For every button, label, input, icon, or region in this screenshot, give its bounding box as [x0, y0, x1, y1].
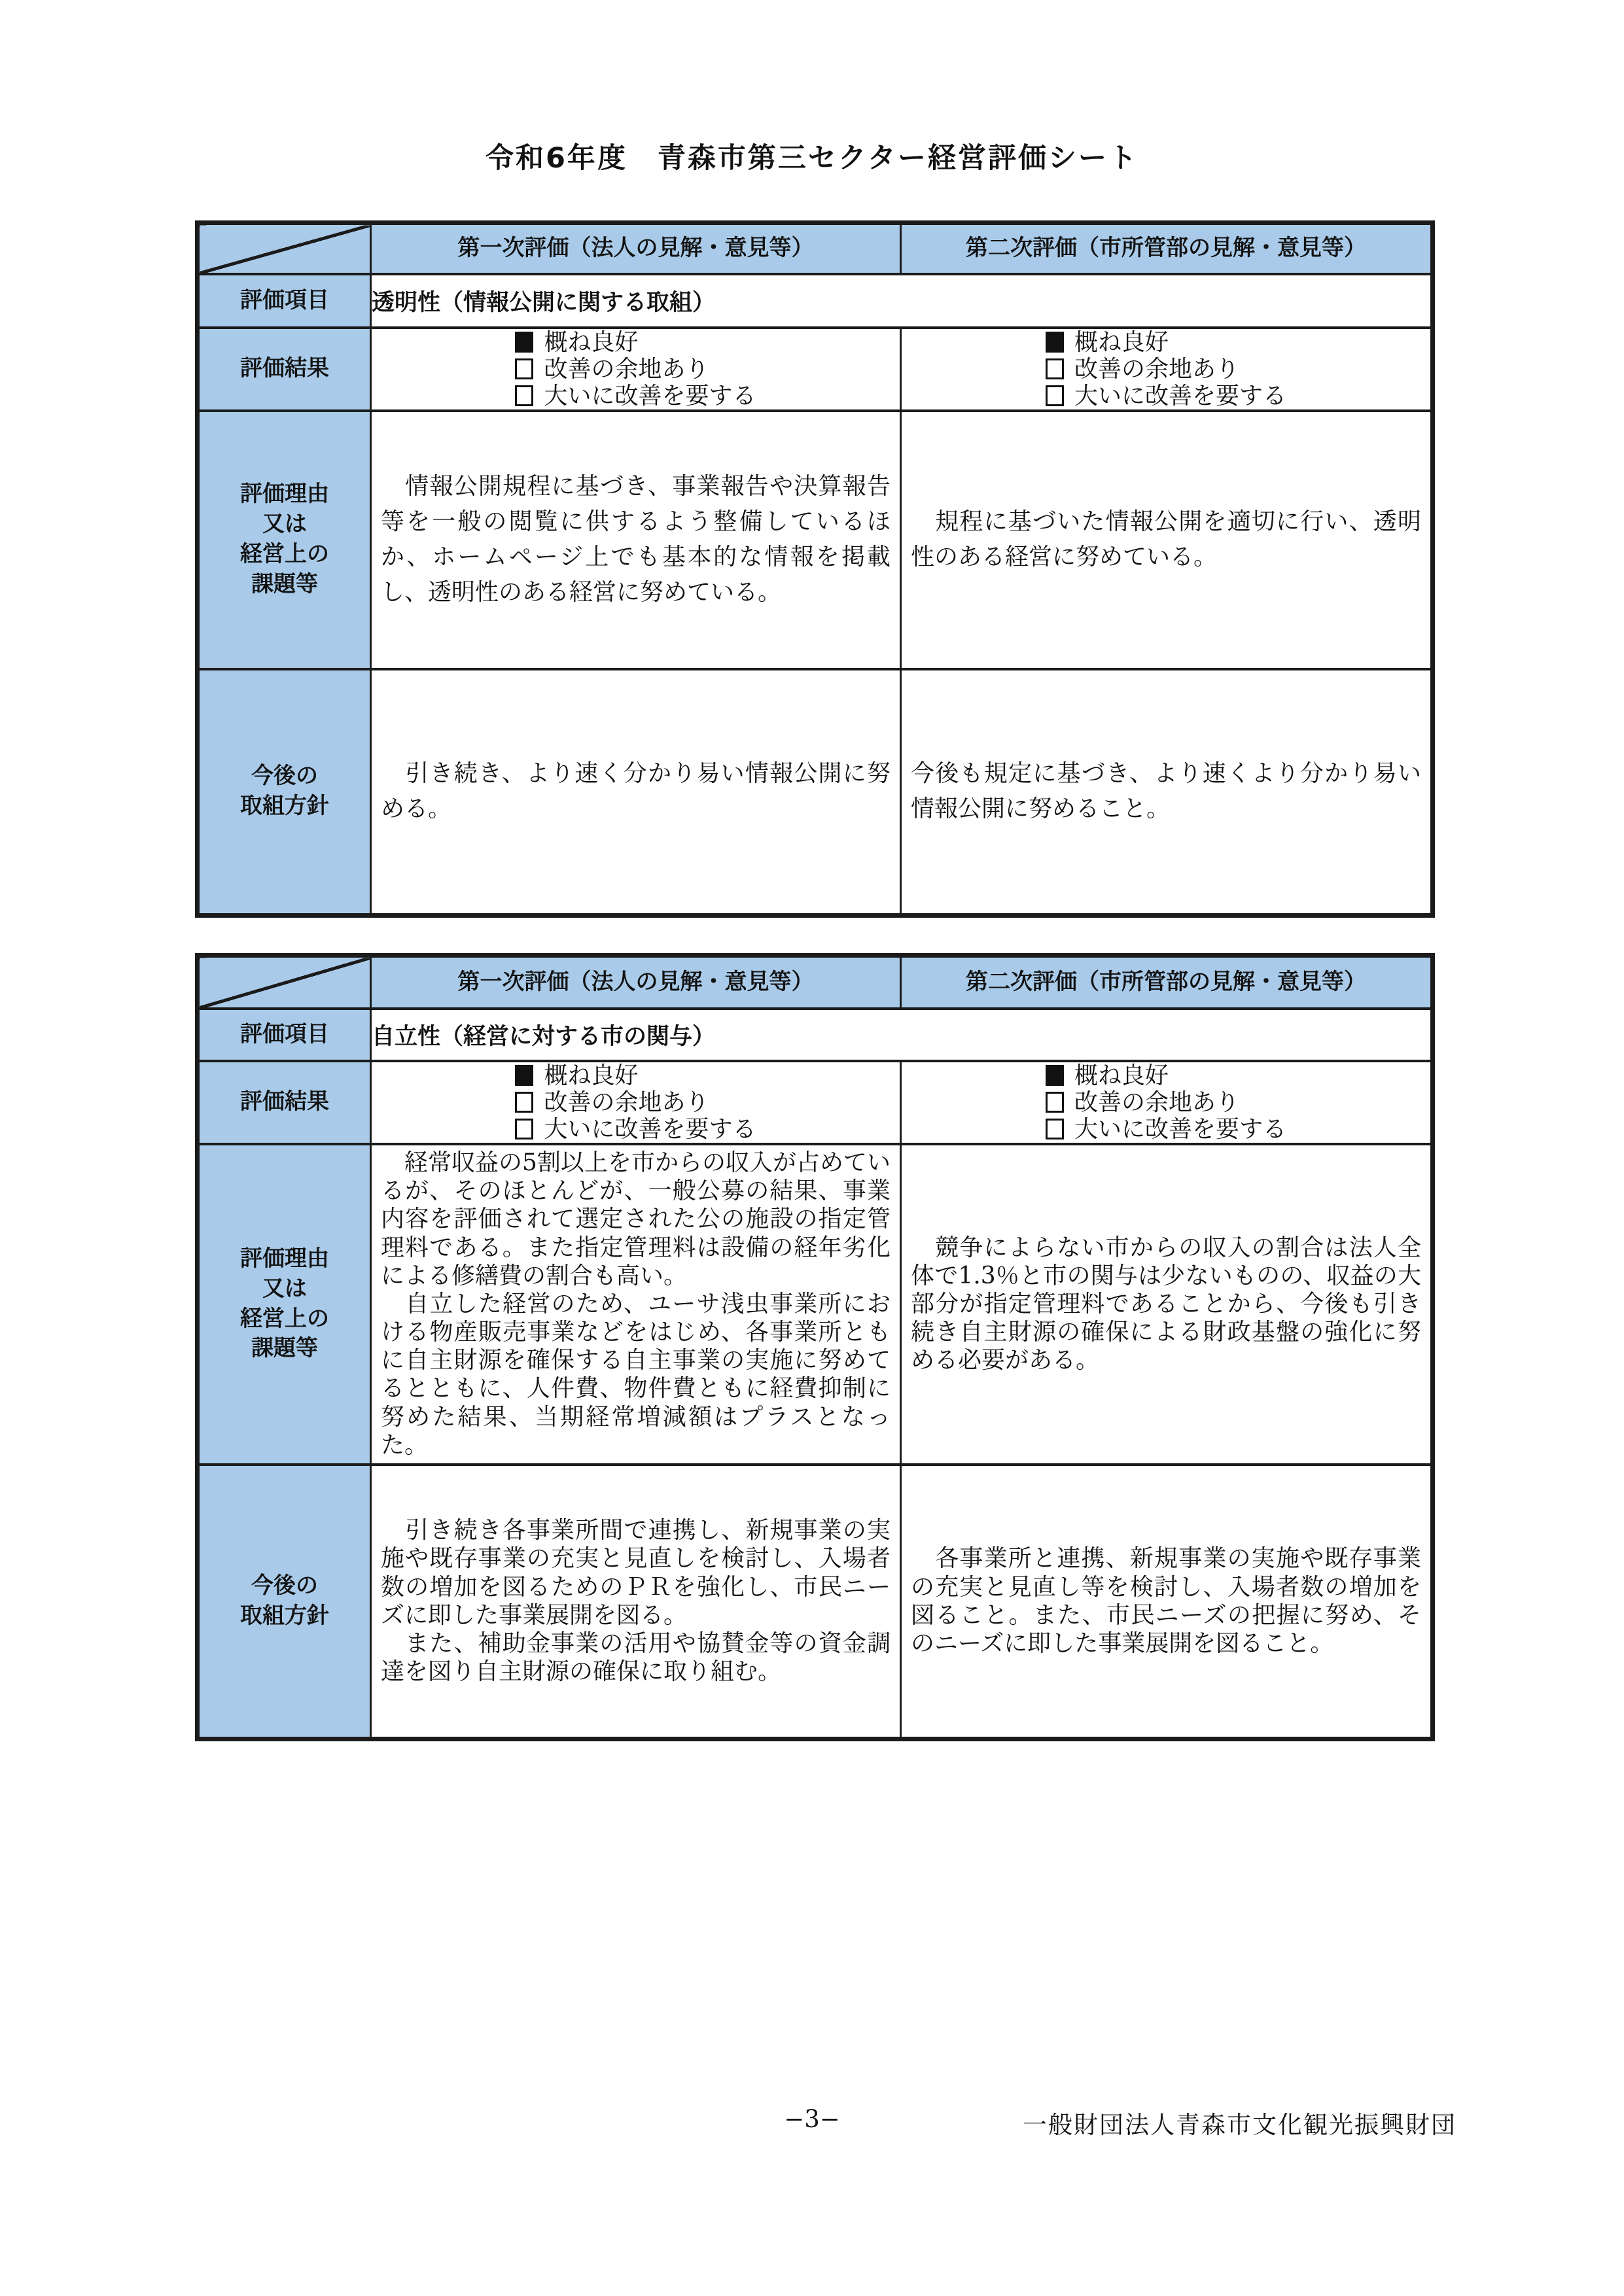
checkbox-option-label: 改善の余地あり	[1074, 1089, 1239, 1116]
col-header-first-eval: 第一次評価（法人の見解・意見等）	[371, 223, 901, 274]
checkbox-empty-icon	[515, 358, 533, 379]
future-policy-second-cell: 今後も規定に基づき、より速くより分かり易い情報公開に努めること。	[901, 669, 1433, 916]
checkbox-option: 概ね良好	[1046, 1062, 1286, 1089]
result-options-group: 概ね良好 改善の余地あり 大いに改善を要する	[1046, 329, 1286, 409]
future-policy-first-text: 引き続き各事業所間で連携し、新規事業の実施や既存事業の充実と見直しを検討し、入場…	[372, 1516, 900, 1686]
checkbox-option-label: 改善の余地あり	[544, 356, 709, 383]
transparency-eval-table: 第一次評価（法人の見解・意見等） 第二次評価（市所管部の見解・意見等） 評価項目…	[195, 220, 1435, 918]
eval-item-value: 透明性（情報公開に関する取組）	[371, 274, 1433, 328]
eval-reason-first-cell: 経常収益の5割以上を市からの収入が占めているが、そのほとんどが、一般公募の結果、…	[371, 1144, 901, 1465]
checkbox-option-label: 概ね良好	[1074, 329, 1169, 356]
checkbox-option: 改善の余地あり	[1046, 1089, 1286, 1116]
checkbox-empty-icon	[1046, 385, 1064, 406]
checkbox-option: 大いに改善を要する	[515, 383, 756, 409]
checkbox-empty-icon	[515, 1119, 533, 1139]
checkbox-option-label: 改善の余地あり	[544, 1089, 709, 1116]
result-options-group: 概ね良好 改善の余地あり 大いに改善を要する	[1046, 1062, 1286, 1143]
footer-organization: 一般財団法人青森市文化観光振興財団	[1023, 2105, 1456, 2140]
col-header-first-eval: 第一次評価（法人の見解・意見等）	[371, 956, 901, 1009]
checkbox-option: 概ね良好	[1046, 329, 1286, 356]
future-policy-second-cell: 各事業所と連携、新規事業の実施や既存事業の充実と見直し等を検討し、入場者数の増加…	[901, 1465, 1433, 1739]
checkbox-empty-icon	[515, 1092, 533, 1113]
future-policy-second-text: 今後も規定に基づき、より速くより分かり易い情報公開に努めること。	[902, 756, 1430, 827]
checkbox-checked-icon	[515, 332, 533, 353]
eval-reason-first-text: 情報公開規程に基づき、事業報告や決算報告等を一般の閲覧に供するよう整備しているほ…	[372, 469, 900, 610]
eval-result-first-cell: 概ね良好 改善の余地あり 大いに改善を要する	[371, 328, 901, 411]
checkbox-option: 概ね良好	[515, 329, 756, 356]
checkbox-option-label: 概ね良好	[544, 1062, 638, 1089]
checkbox-option: 大いに改善を要する	[1046, 1116, 1286, 1143]
page-title: 令和6年度 青森市第三セクター経営評価シート	[0, 136, 1624, 176]
row-label-eval-item: 評価項目	[198, 274, 371, 328]
future-policy-first-text: 引き続き、より速く分かり易い情報公開に努める。	[372, 756, 900, 827]
independence-eval-table: 第一次評価（法人の見解・意見等） 第二次評価（市所管部の見解・意見等） 評価項目…	[195, 953, 1435, 1741]
checkbox-checked-icon	[1046, 1065, 1064, 1086]
eval-reason-second-text: 規程に基づいた情報公開を適切に行い、透明性のある経営に努めている。	[902, 504, 1430, 575]
future-policy-second-text: 各事業所と連携、新規事業の実施や既存事業の充実と見直し等を検討し、入場者数の増加…	[902, 1544, 1430, 1658]
checkbox-option: 大いに改善を要する	[1046, 383, 1286, 409]
diagonal-corner-cell	[198, 223, 371, 274]
eval-reason-second-text: 競争によらない市からの収入の割合は法人全体で1.3％と市の関与は少ないものの、収…	[902, 1234, 1430, 1375]
checkbox-checked-icon	[515, 1065, 533, 1086]
checkbox-option: 改善の余地あり	[515, 356, 756, 383]
eval-item-value: 自立性（経営に対する市の関与）	[371, 1009, 1433, 1061]
checkbox-empty-icon	[1046, 1119, 1064, 1139]
checkbox-option: 改善の余地あり	[1046, 356, 1286, 383]
checkbox-option-label: 改善の余地あり	[1074, 356, 1239, 383]
eval-reason-first-text: 経常収益の5割以上を市からの収入が占めているが、そのほとんどが、一般公募の結果、…	[372, 1149, 900, 1459]
checkbox-empty-icon	[1046, 358, 1064, 379]
row-label-eval-reason: 評価理由 又は 経営上の 課題等	[198, 411, 371, 669]
result-options-group: 概ね良好 改善の余地あり 大いに改善を要する	[515, 1062, 756, 1143]
row-label-future-policy: 今後の 取組方針	[198, 1465, 371, 1739]
checkbox-empty-icon	[515, 385, 533, 406]
eval-result-second-cell: 概ね良好 改善の余地あり 大いに改善を要する	[901, 328, 1433, 411]
row-label-eval-result: 評価結果	[198, 1061, 371, 1144]
checkbox-option-label: 大いに改善を要する	[544, 383, 756, 409]
eval-result-first-cell: 概ね良好 改善の余地あり 大いに改善を要する	[371, 1061, 901, 1144]
col-header-second-eval: 第二次評価（市所管部の見解・意見等）	[901, 223, 1433, 274]
eval-reason-second-cell: 規程に基づいた情報公開を適切に行い、透明性のある経営に努めている。	[901, 411, 1433, 669]
row-label-future-policy: 今後の 取組方針	[198, 669, 371, 916]
col-header-second-eval: 第二次評価（市所管部の見解・意見等）	[901, 956, 1433, 1009]
row-label-eval-item: 評価項目	[198, 1009, 371, 1061]
future-policy-first-cell: 引き続き、より速く分かり易い情報公開に努める。	[371, 669, 901, 916]
row-label-eval-result: 評価結果	[198, 328, 371, 411]
future-policy-first-cell: 引き続き各事業所間で連携し、新規事業の実施や既存事業の充実と見直しを検討し、入場…	[371, 1465, 901, 1739]
checkbox-option-label: 大いに改善を要する	[1074, 383, 1286, 409]
checkbox-option-label: 概ね良好	[1074, 1062, 1169, 1089]
checkbox-empty-icon	[1046, 1092, 1064, 1113]
checkbox-option: 概ね良好	[515, 1062, 756, 1089]
eval-reason-second-cell: 競争によらない市からの収入の割合は法人全体で1.3％と市の関与は少ないものの、収…	[901, 1144, 1433, 1465]
eval-result-second-cell: 概ね良好 改善の余地あり 大いに改善を要する	[901, 1061, 1433, 1144]
checkbox-checked-icon	[1046, 332, 1064, 353]
row-label-eval-reason: 評価理由 又は 経営上の 課題等	[198, 1144, 371, 1465]
result-options-group: 概ね良好 改善の余地あり 大いに改善を要する	[515, 329, 756, 409]
checkbox-option: 改善の余地あり	[515, 1089, 756, 1116]
checkbox-option-label: 概ね良好	[544, 329, 638, 356]
checkbox-option-label: 大いに改善を要する	[1074, 1116, 1286, 1143]
evaluation-sheet-page: 令和6年度 青森市第三セクター経営評価シート 第一次評価（法人の見解・意見等） …	[0, 0, 1624, 2296]
diagonal-corner-cell	[198, 956, 371, 1009]
checkbox-option-label: 大いに改善を要する	[544, 1116, 756, 1143]
eval-reason-first-cell: 情報公開規程に基づき、事業報告や決算報告等を一般の閲覧に供するよう整備しているほ…	[371, 411, 901, 669]
checkbox-option: 大いに改善を要する	[515, 1116, 756, 1143]
